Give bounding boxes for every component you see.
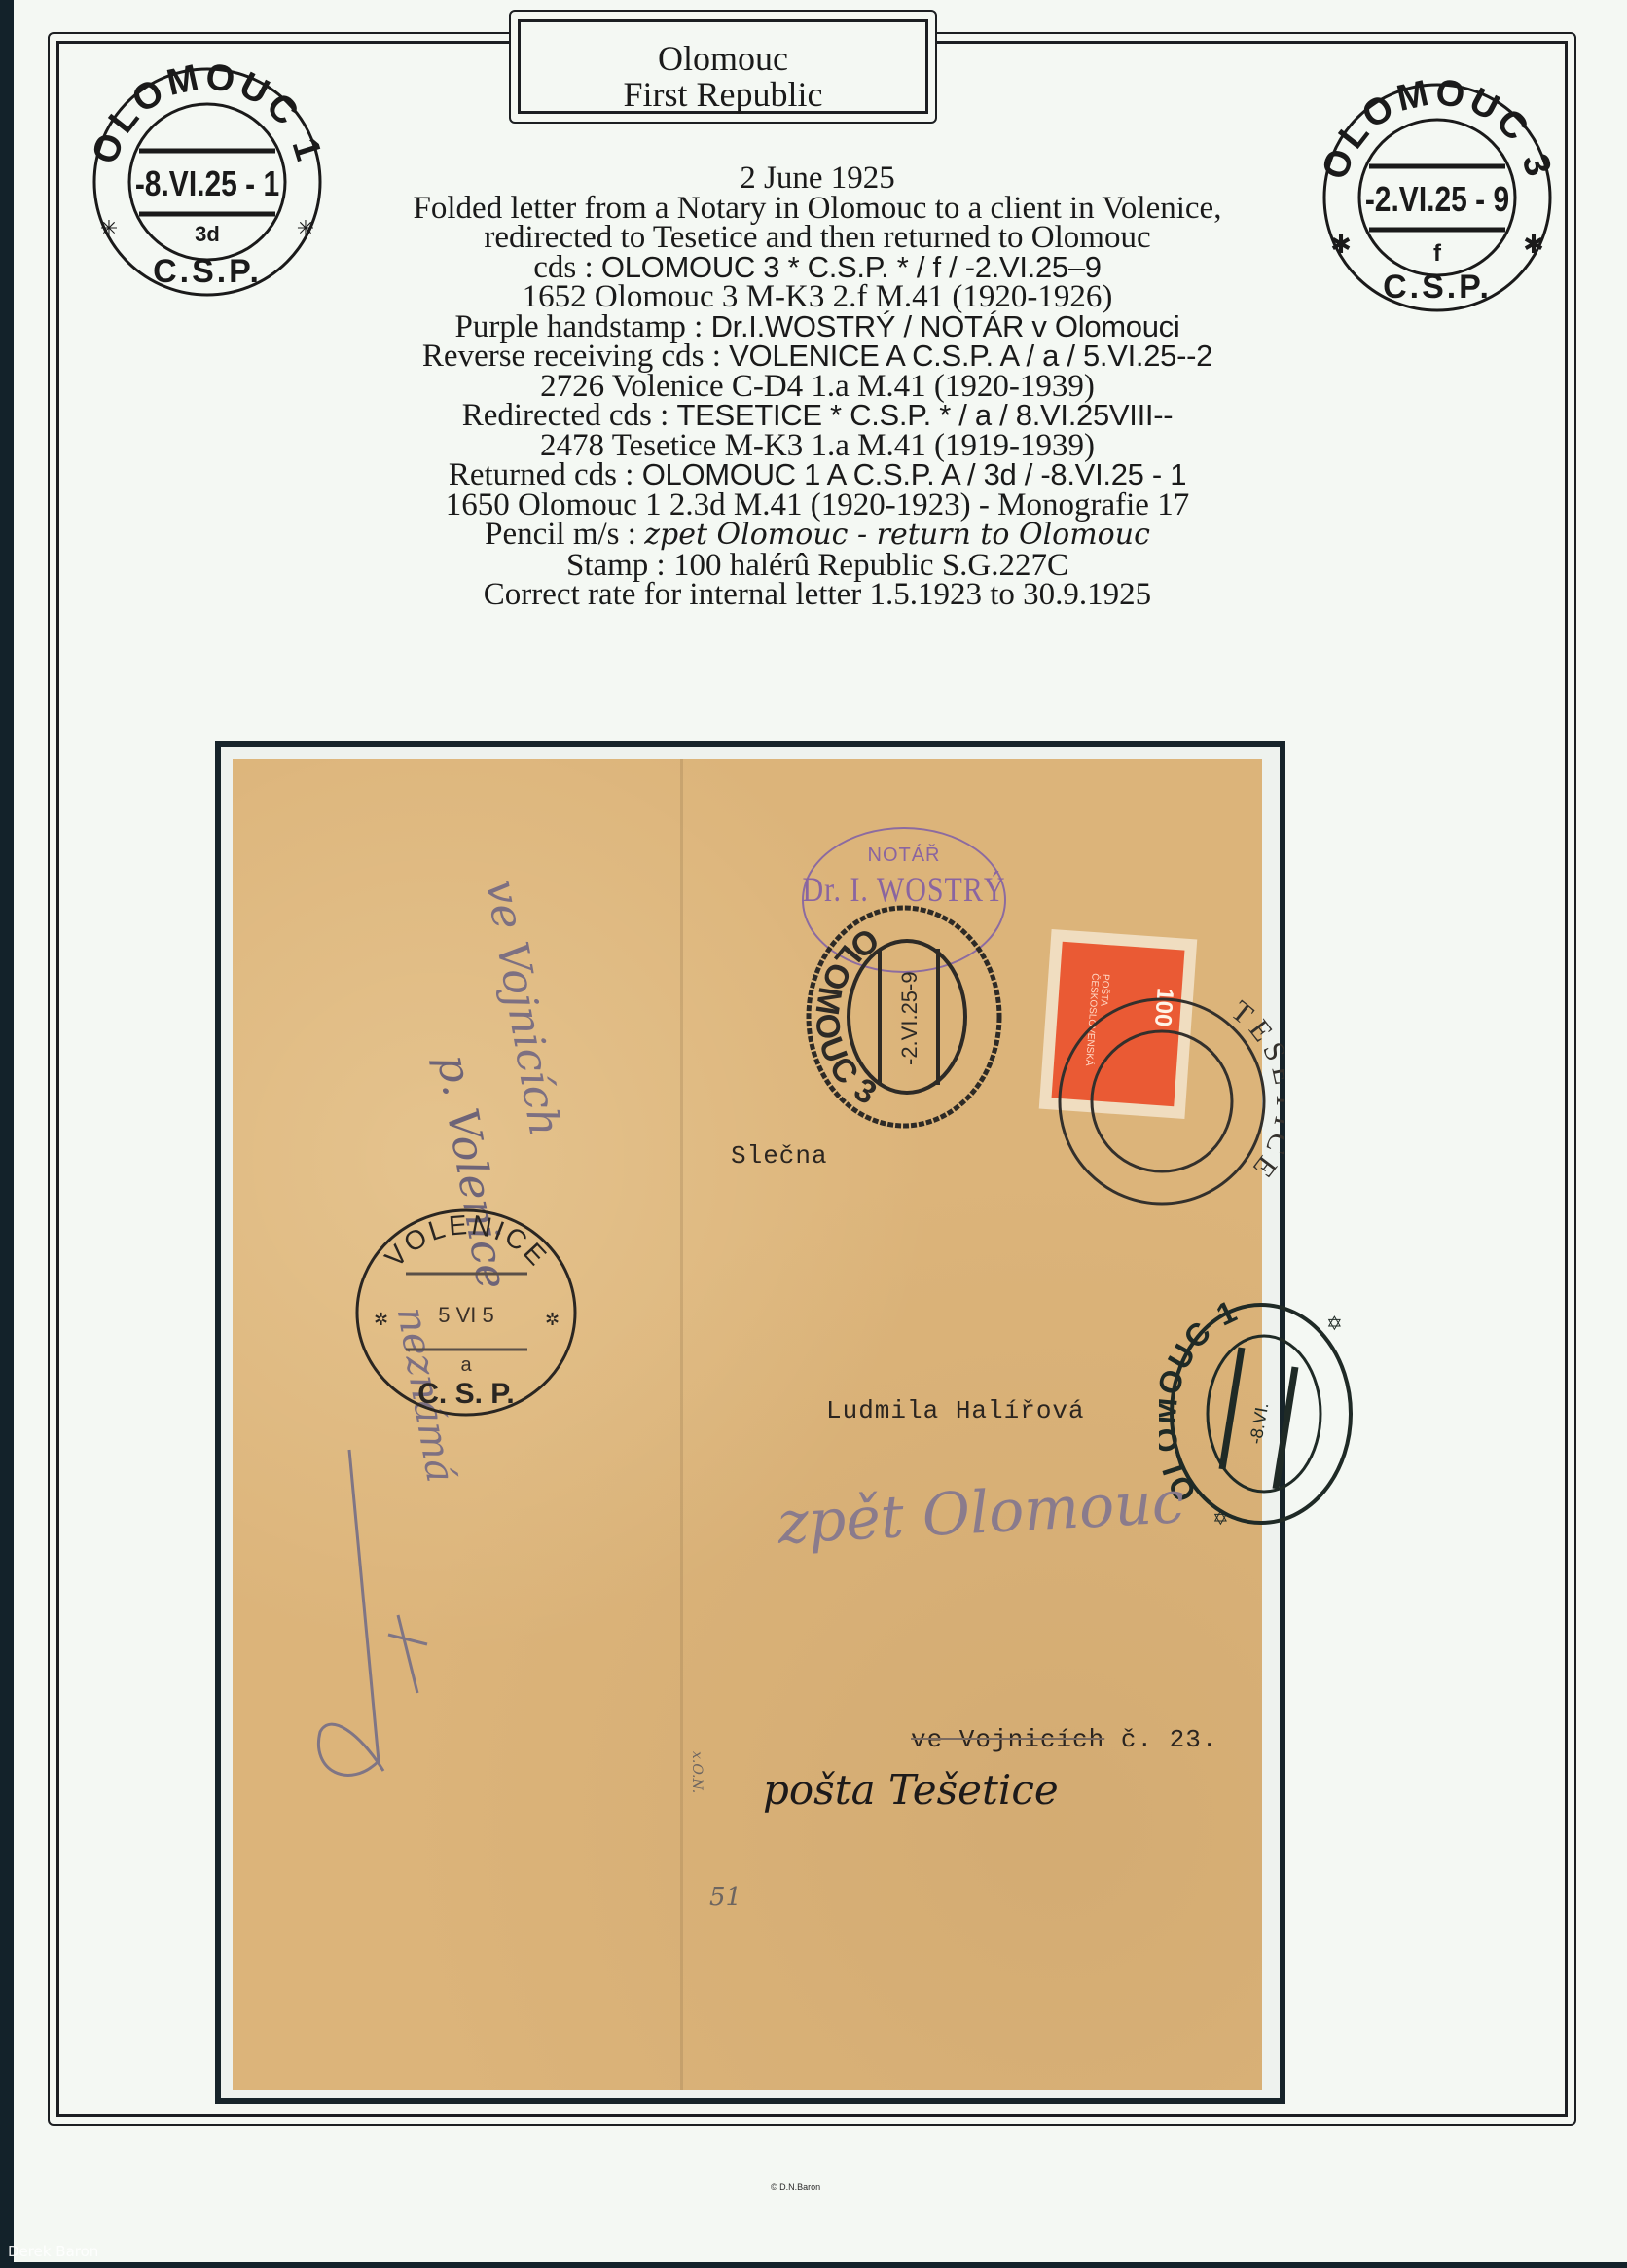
description-stamp: Stamp : 100 halérû Republic S.G.227C	[224, 551, 1411, 581]
postmark-circle-icon: OLOMOUC 3 -2.VI.25-9	[802, 900, 1006, 1134]
description-pencil: Pencil m/s : zpet Olomouc - return to Ol…	[224, 520, 1411, 551]
scan-edge-left	[0, 0, 14, 2268]
description-redirected: Redirected cds : TESETICE * C.S.P. * / a…	[224, 401, 1411, 431]
svg-text:3d: 3d	[195, 222, 220, 246]
scan-edge-bottom	[0, 2262, 1627, 2268]
description-cds: cds : OLOMOUC 3 * C.S.P. * / f / -2.VI.2…	[224, 253, 1411, 283]
svg-text:✡: ✡	[1326, 1314, 1343, 1335]
svg-text:OLOMOUC 3: OLOMOUC 3	[808, 920, 886, 1113]
svg-text:✳: ✳	[100, 216, 118, 240]
svg-text:TEŠETICE: TEŠETICE	[1225, 994, 1284, 1188]
description-redirected-ref: 2478 Tesetice M-K3 1.a M.41 (1919-1939)	[224, 431, 1411, 461]
postmark-circle-icon: VOLENICE 5 VI 5 a C. S. P. ✲ ✲	[352, 1204, 581, 1422]
svg-text:✱: ✱	[1523, 231, 1544, 259]
addressee-name: Ludmila Halířová	[826, 1396, 1085, 1425]
manuscript-redirect-tesetice: pošta Tešetice	[763, 1766, 1059, 1814]
postmark-circle-icon: TEŠETICE	[1050, 985, 1284, 1218]
cover-mount: ve Vojnicích p. Volenice neznámá VOLENIC…	[215, 741, 1285, 2104]
title-box: Olomouc First Republic	[509, 10, 937, 124]
svg-text:f: f	[1433, 240, 1442, 267]
address-line: ve Vojnicích č. 23.	[911, 1725, 1217, 1754]
copyright-notice: © D.N.Baron	[771, 2182, 820, 2192]
watermark: Derek Baron	[8, 2243, 98, 2260]
svg-text:-8.VI.: -8.VI.	[1246, 1401, 1272, 1446]
fold-line	[680, 759, 683, 2090]
description-date: 2 June 1925	[224, 163, 1411, 194]
svg-text:5 VI 5: 5 VI 5	[438, 1303, 493, 1327]
description-returned-ref: 1650 Olomouc 1 2.3d M.41 (1920-1923) - M…	[224, 490, 1411, 521]
page-title: Olomouc	[521, 40, 925, 77]
margin-note: x.O.N.	[689, 1751, 705, 1793]
svg-text:VOLENICE: VOLENICE	[380, 1209, 555, 1273]
description-receiving-ref: 2726 Volenice C-D4 1.a M.41 (1920-1939)	[224, 372, 1411, 402]
svg-text:✲: ✲	[374, 1310, 388, 1329]
svg-text:✡: ✡	[1212, 1508, 1229, 1530]
description-receiving: Reverse receiving cds : VOLENICE A C.S.P…	[224, 342, 1411, 372]
postmark-tesetice: TEŠETICE	[1050, 985, 1284, 1218]
postmark-circle-icon: OLOMOUC 1 -8.VI. ✡ ✡	[1159, 1299, 1354, 1532]
postmark-olomouc-3-on-cover: OLOMOUC 3 -2.VI.25-9	[802, 900, 1006, 1134]
manuscript-vojnicich: ve Vojnicích	[476, 876, 570, 1140]
pencil-number: 51	[709, 1883, 741, 1912]
addressee-title: Slečna	[731, 1141, 828, 1170]
svg-text:✲: ✲	[545, 1310, 560, 1329]
svg-text:C. S. P.: C. S. P.	[417, 1378, 515, 1410]
folded-letter-cover: ve Vojnicích p. Volenice neznámá VOLENIC…	[233, 759, 1262, 2090]
description-handstamp: Purple handstamp : Dr.I.WOSTRÝ / NOTÁR v…	[224, 312, 1411, 342]
postmark-volenice: VOLENICE 5 VI 5 a C. S. P. ✲ ✲	[352, 1204, 581, 1422]
cover-description: 2 June 1925 Folded letter from a Notary …	[224, 163, 1411, 610]
description-returned: Returned cds : OLOMOUC 1 A C.S.P. A / 3d…	[224, 460, 1411, 490]
svg-text:a: a	[460, 1354, 472, 1376]
page-subtitle: First Republic	[521, 77, 925, 112]
description-summary-1: Folded letter from a Notary in Olomouc t…	[224, 194, 1411, 224]
postmark-olomouc-1-on-cover: OLOMOUC 1 -8.VI. ✡ ✡	[1159, 1299, 1354, 1532]
description-rate: Correct rate for internal letter 1.5.192…	[224, 580, 1411, 610]
pencil-signature-icon	[291, 1440, 447, 1810]
description-summary-2: redirected to Tesetice and then returned…	[224, 223, 1411, 253]
description-cds-ref: 1652 Olomouc 3 M-K3 2.f M.41 (1920-1926)	[224, 282, 1411, 312]
svg-text:-2.VI.25-9: -2.VI.25-9	[897, 971, 922, 1065]
manuscript-return-olomouc: zpět Olomouc	[776, 1468, 1186, 1558]
